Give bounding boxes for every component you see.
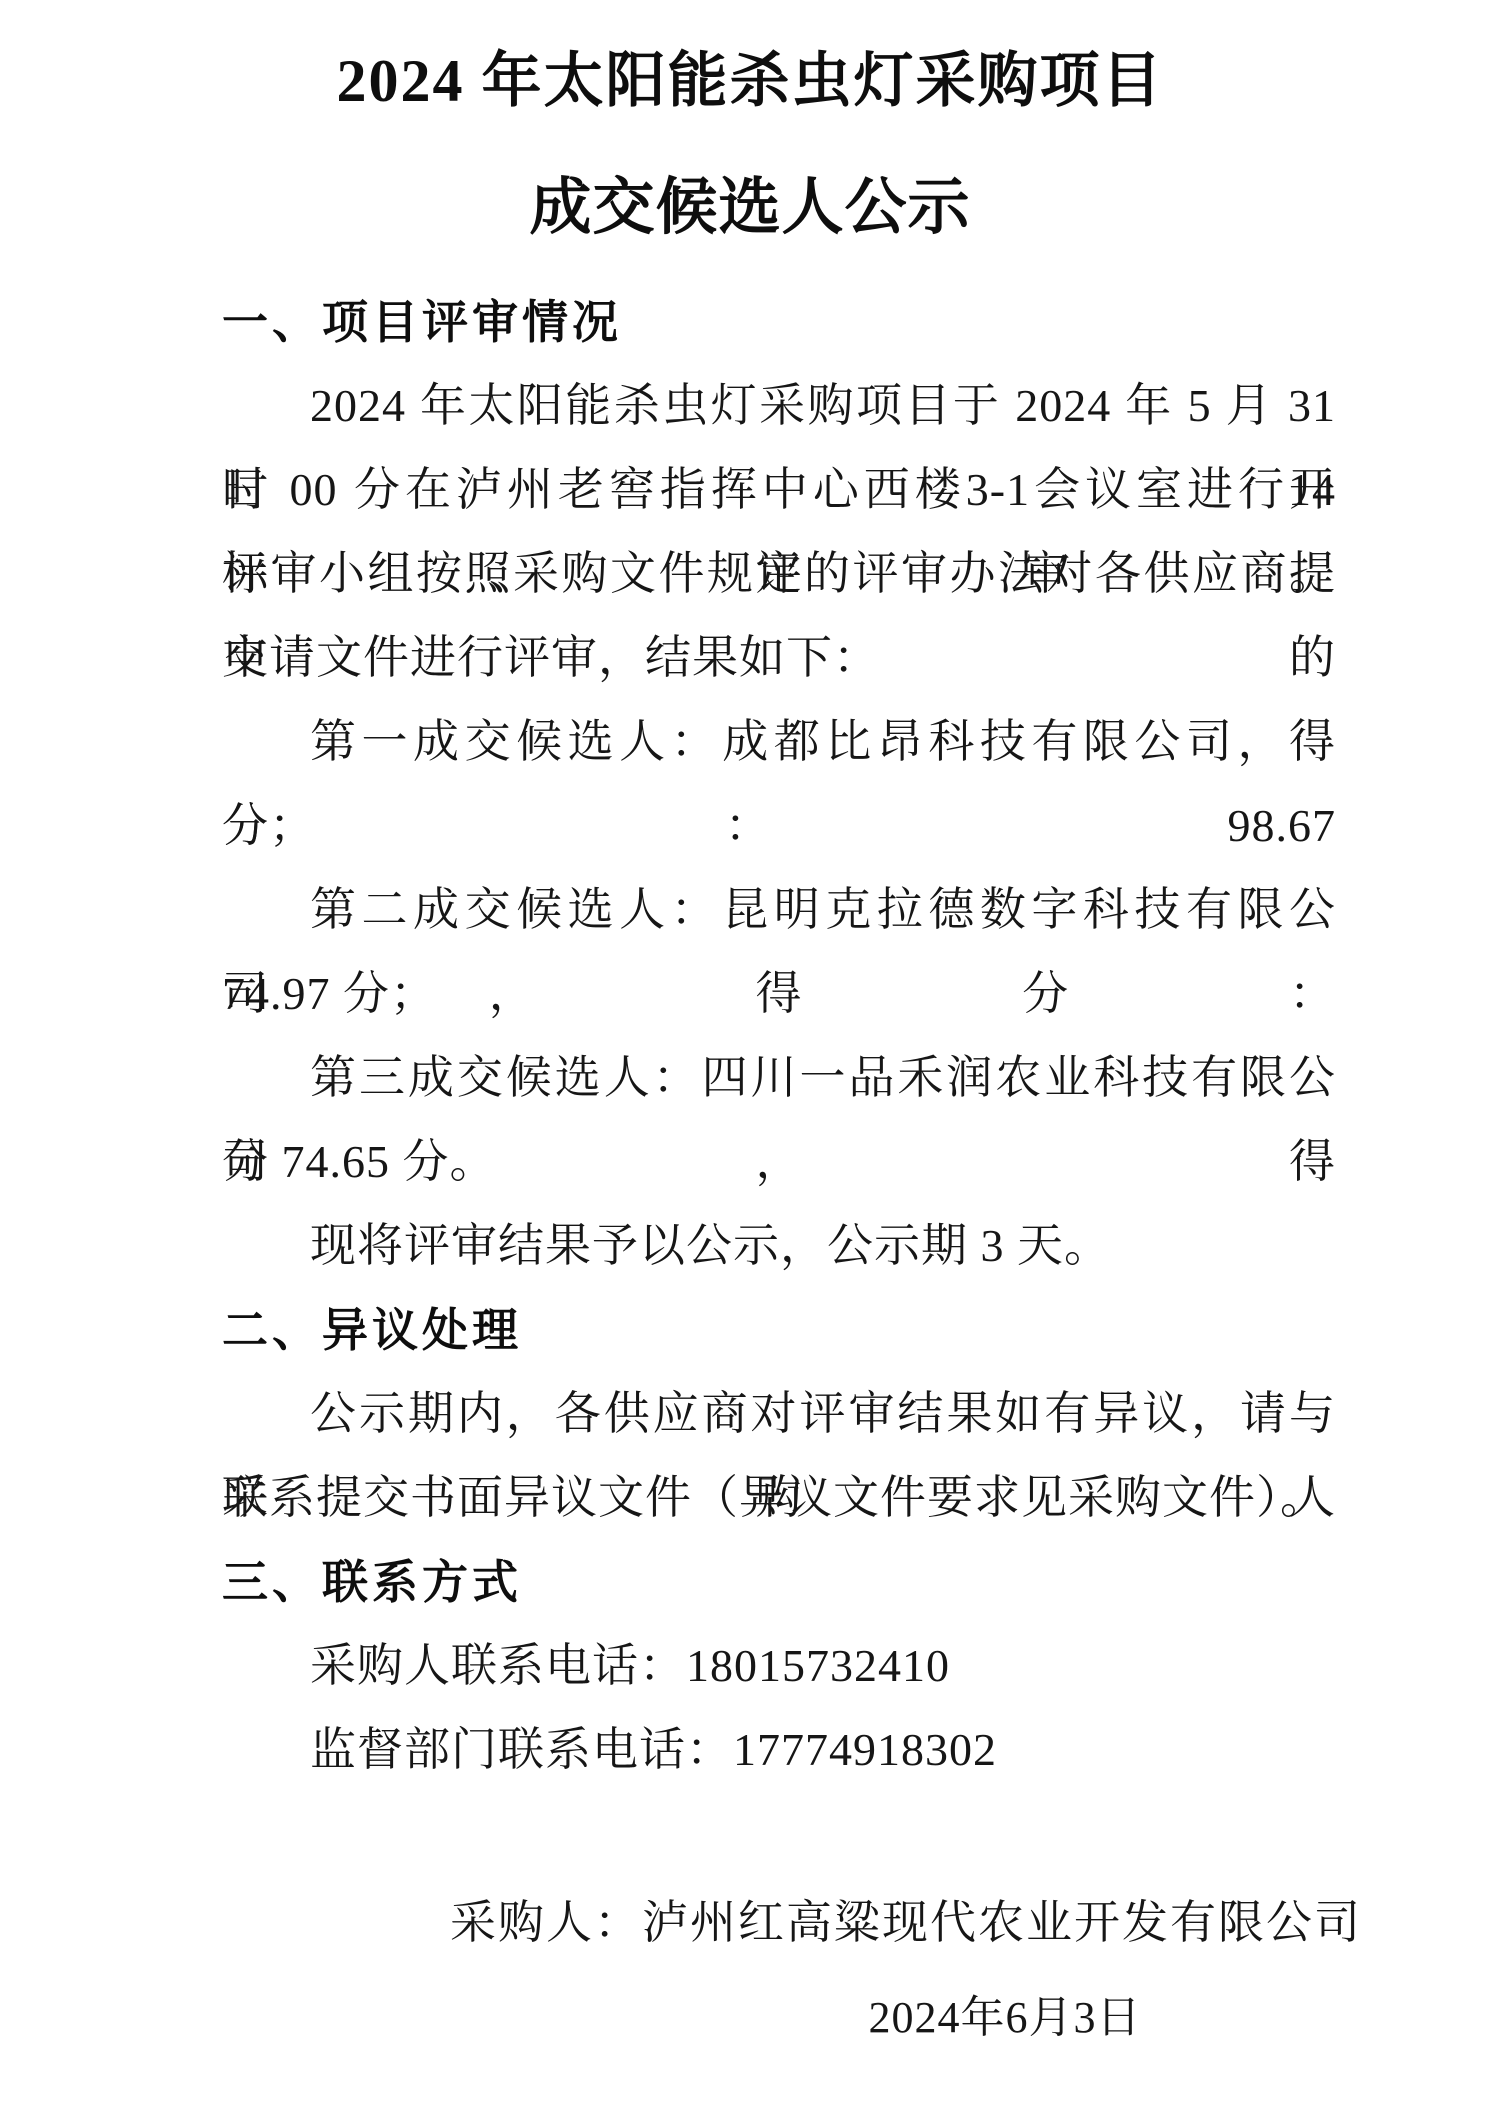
publicity-period-line: 现将评审结果予以公示，公示期 3 天。 bbox=[222, 1204, 1336, 1288]
candidate2-line: 第二成交候选人：昆明克拉德数字科技有限公司，得分： bbox=[222, 868, 1336, 952]
supervisor-phone-line: 监督部门联系电话：17774918302 bbox=[222, 1708, 1336, 1792]
document-page: 2024 年太阳能杀虫灯采购项目 成交候选人公示 一、项目评审情况 2024 年… bbox=[0, 0, 1500, 2113]
review-paragraph-line: 2024 年太阳能杀虫灯采购项目于 2024 年 5 月 31 日 14 bbox=[222, 364, 1336, 448]
candidate3-line: 第三成交候选人：四川一品禾润农业科技有限公司，得 bbox=[222, 1036, 1336, 1120]
candidate1-line: 第一成交候选人：成都比昂科技有限公司，得分：98.67 bbox=[222, 700, 1336, 784]
purchaser-phone-line: 采购人联系电话：18015732410 bbox=[222, 1624, 1336, 1708]
section-heading-objection: 二、异议处理 bbox=[222, 1288, 1336, 1372]
objection-paragraph-line: 联系提交书面异议文件（异议文件要求见采购文件）。 bbox=[222, 1456, 1336, 1540]
footer-purchaser: 采购人：泸州红高粱现代农业开发有限公司 bbox=[450, 1893, 1362, 1953]
review-paragraph-line: 评审小组按照采购文件规定的评审办法对各供应商提交的 bbox=[222, 532, 1336, 616]
objection-paragraph-line: 公示期内，各供应商对评审结果如有异议，请与采购人 bbox=[222, 1372, 1336, 1456]
footer-date: 2024年6月3日 bbox=[620, 1988, 1390, 2048]
section-heading-contact: 三、联系方式 bbox=[222, 1540, 1336, 1624]
review-paragraph-line: 时 00 分在泸州老窖指挥中心西楼3-1会议室进行开标、评审。 bbox=[222, 448, 1336, 532]
document-body: 一、项目评审情况 2024 年太阳能杀虫灯采购项目于 2024 年 5 月 31… bbox=[222, 280, 1336, 1792]
document-title-line2: 成交候选人公示 bbox=[0, 170, 1500, 246]
document-title-line1: 2024 年太阳能杀虫灯采购项目 bbox=[0, 45, 1500, 117]
section-heading-review: 一、项目评审情况 bbox=[222, 280, 1336, 364]
